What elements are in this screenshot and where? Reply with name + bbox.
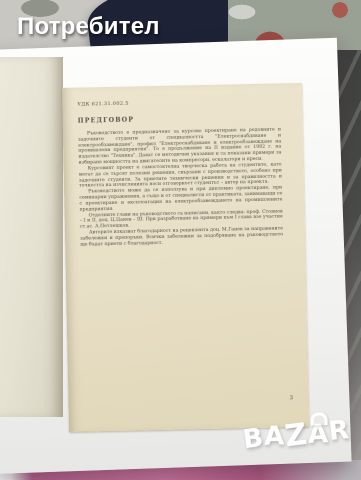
book-left-page — [0, 57, 63, 417]
book-right-page: УДК 621.31.002.5 ПРЕДГОВОР Ръководството… — [62, 83, 309, 432]
paragraph: Авторите изказват благодарност на реценз… — [80, 226, 283, 248]
shopping-bag-handle-icon — [310, 412, 327, 426]
bazar-letter: A — [307, 421, 329, 448]
paragraph: Ръководството е предназначено за курсово… — [78, 127, 282, 166]
page-title: Потребител — [17, 13, 160, 41]
listing-photo[interactable]: УДК 621.31.002.5 ПРЕДГОВОР Ръководството… — [0, 0, 361, 480]
page-heading: ПРЕДГОВОР — [78, 113, 281, 124]
page-number: 3 — [289, 395, 293, 401]
udk-code: УДК 621.31.002.5 — [77, 97, 280, 107]
bazar-letter: A — [264, 423, 286, 449]
photo-viewer-screen: УДК 621.31.002.5 ПРЕДГОВОР Ръководството… — [0, 0, 361, 480]
page-text-block: УДК 621.31.002.5 ПРЕДГОВОР Ръководството… — [77, 97, 287, 421]
bazar-letter: B — [241, 425, 265, 454]
bazar-letter: Z — [283, 420, 309, 453]
bazar-letter: R — [327, 417, 351, 445]
